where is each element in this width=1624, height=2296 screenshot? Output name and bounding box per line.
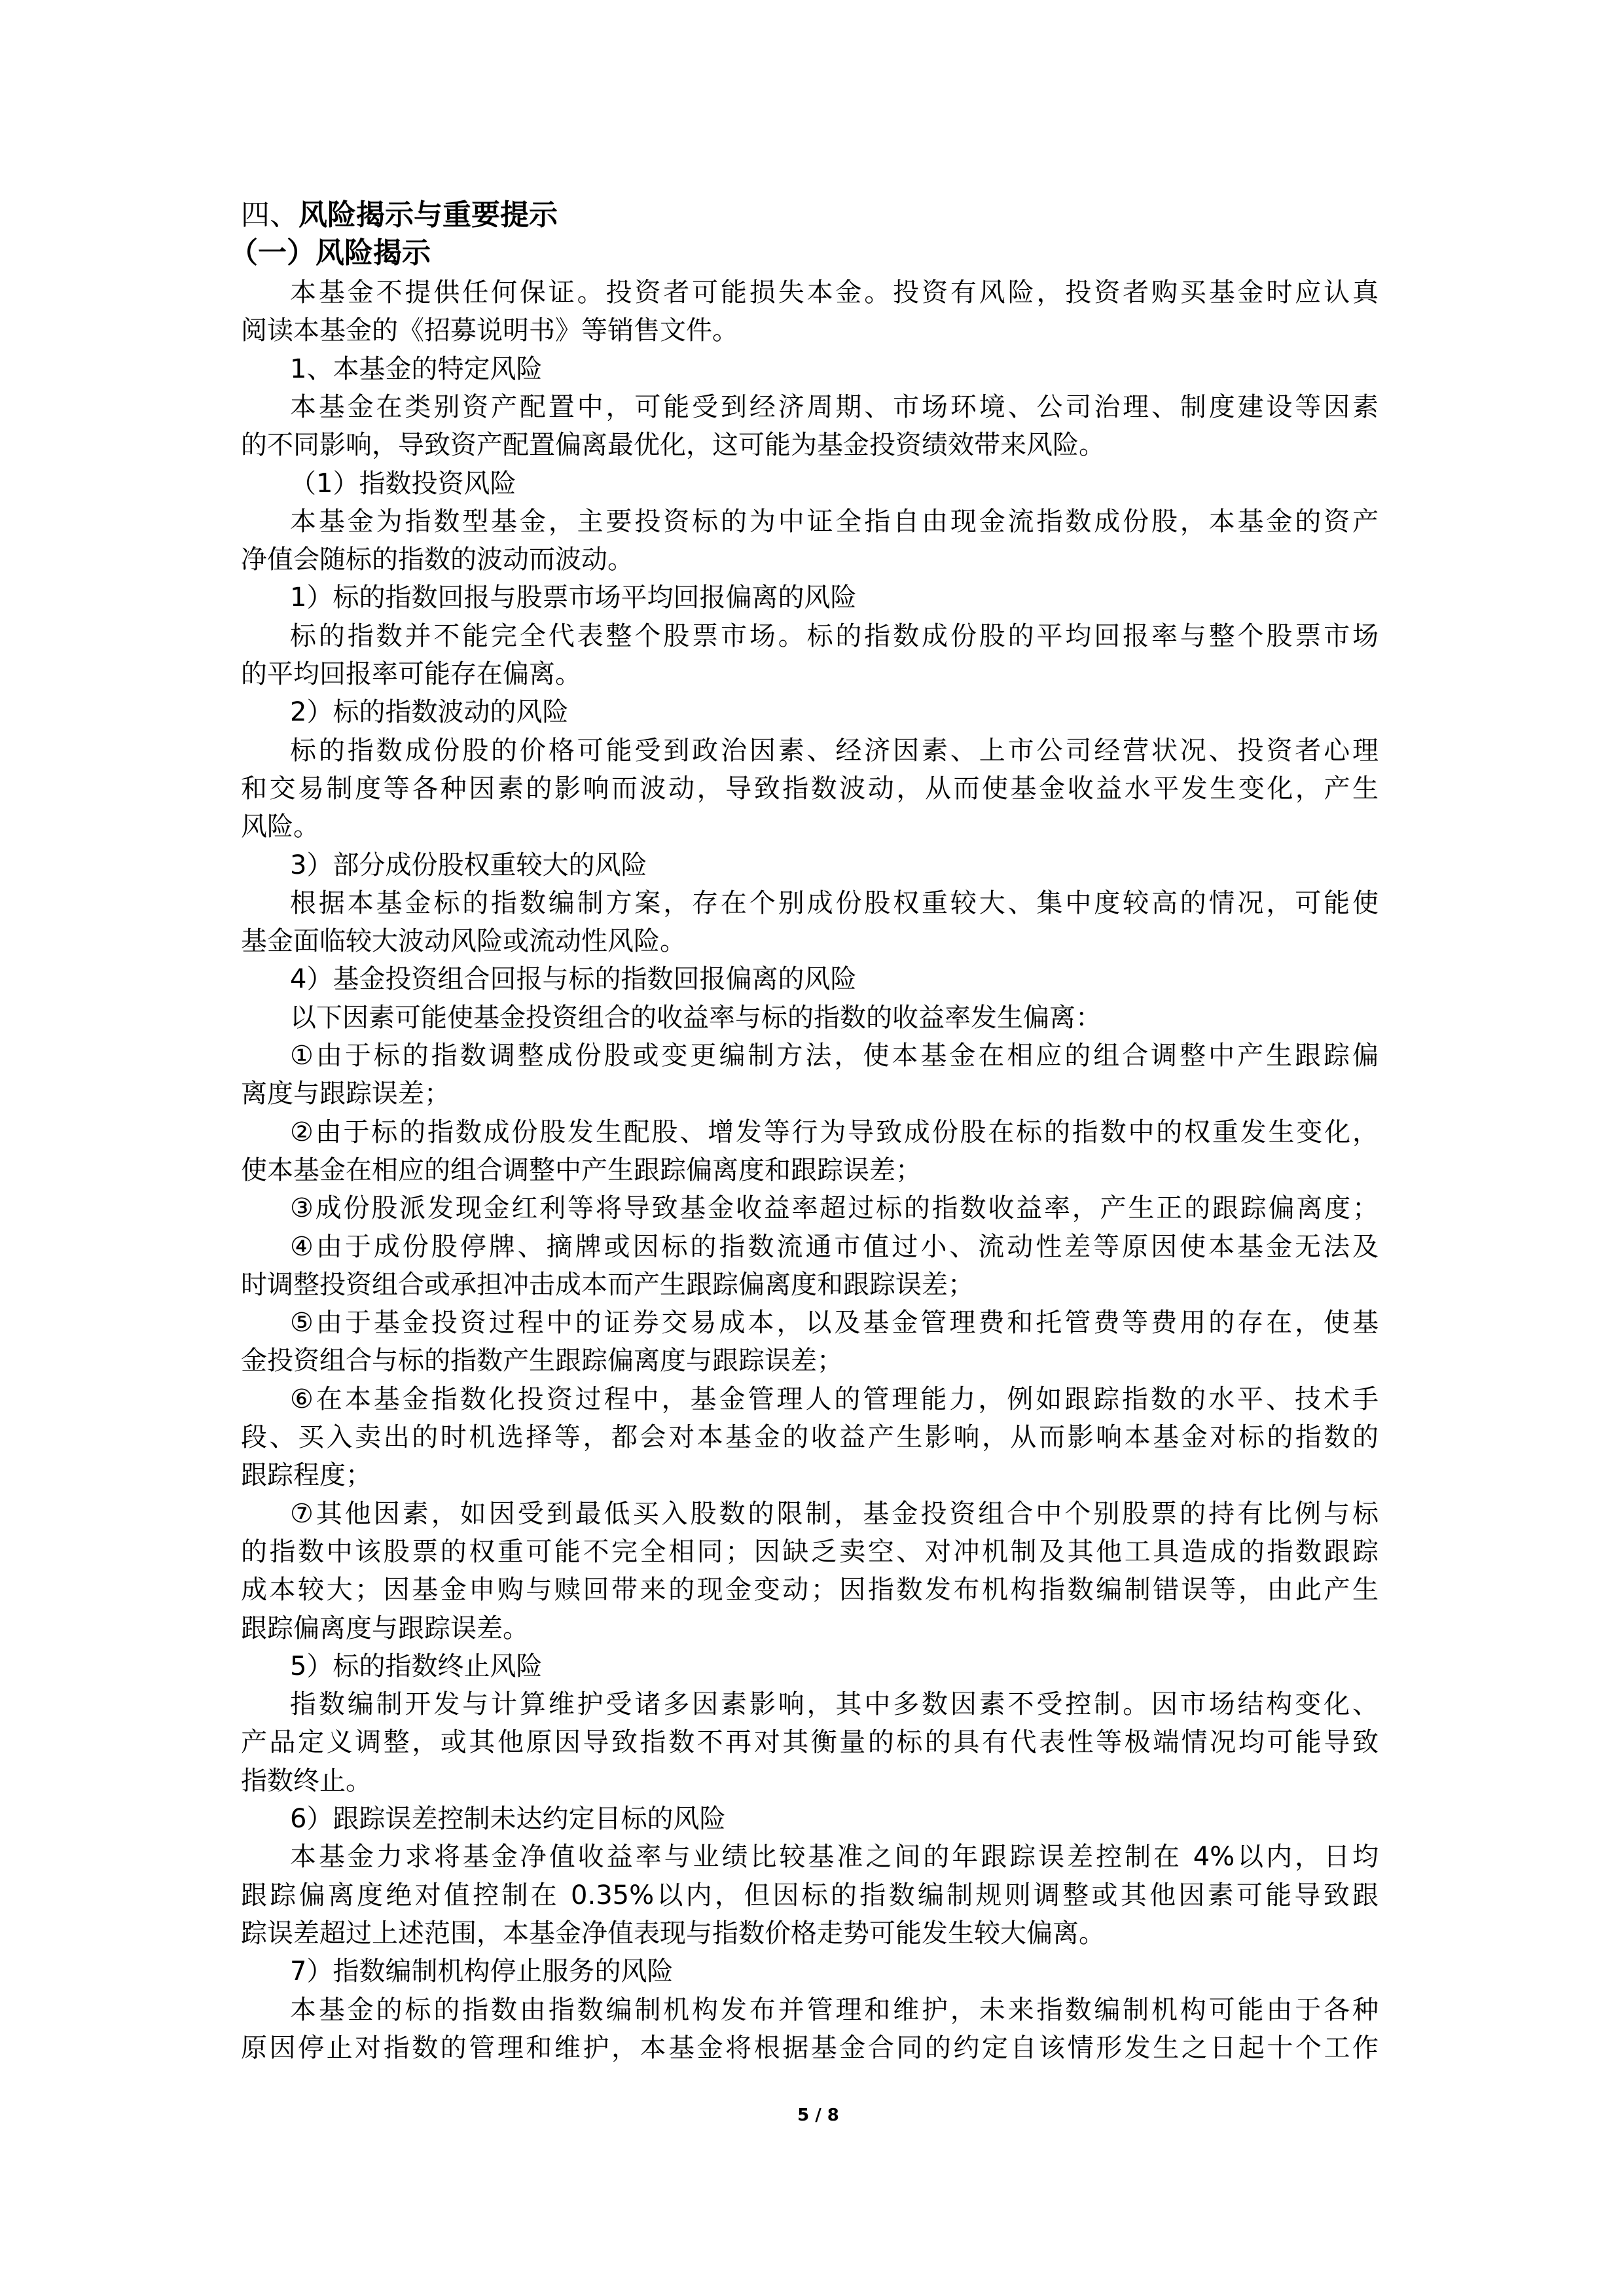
body-line: 时调整投资组合或承担冲击成本而产生跟踪偏离度和跟踪误差； <box>241 1266 974 1304</box>
body-line: 原因停止对指数的管理和维护，本基金将根据基金合同的约定自该情形发生之日起十个工作 <box>241 2029 1379 2067</box>
section-heading-prefix: 四、 <box>241 198 298 232</box>
body-line: 1）标的指数回报与股票市场平均回报偏离的风险 <box>290 579 856 617</box>
body-line: ⑥在本基金指数化投资过程中，基金管理人的管理能力，例如跟踪指数的水平、技术手 <box>290 1380 1379 1418</box>
body-line: 本基金不提供任何保证。投资者可能损失本金。投资有风险，投资者购买基金时应认真 <box>290 274 1379 312</box>
body-line: 5）标的指数终止风险 <box>290 1647 542 1685</box>
body-line: ④由于成份股停牌、摘牌或因标的指数流通市值过小、流动性差等原因使本基金无法及 <box>290 1228 1379 1266</box>
body-line: （1）指数投资风险 <box>290 465 516 503</box>
body-line: 指数编制开发与计算维护受诸多因素影响，其中多数因素不受控制。因市场结构变化、 <box>290 1685 1379 1723</box>
section-heading-title: 风险揭示与重要提示 <box>298 198 558 232</box>
body-line: 净值会随标的指数的波动而波动。 <box>241 541 634 579</box>
body-line: ①由于标的指数调整成份股或变更编制方法，使本基金在相应的组合调整中产生跟踪偏 <box>290 1037 1379 1075</box>
body-line: 3）部分成份股权重较大的风险 <box>290 846 647 884</box>
body-line: 指数终止。 <box>241 1762 372 1800</box>
body-line: 产品定义调整，或其他原因导致指数不再对其衡量的标的具有代表性等极端情况均可能导致 <box>241 1723 1379 1761</box>
body-line: 和交易制度等各种因素的影响而波动，导致指数波动，从而使基金收益水平发生变化，产生 <box>241 770 1379 808</box>
body-line: 成本较大；因基金申购与赎回带来的现金变动；因指数发布机构指数编制错误等，由此产生 <box>241 1571 1379 1609</box>
body-line: 根据本基金标的指数编制方案，存在个别成份股权重较大、集中度较高的情况，可能使 <box>290 884 1379 922</box>
body-line: 2）标的指数波动的风险 <box>290 693 568 731</box>
page-number: 5 / 8 <box>779 2102 857 2128</box>
body-line: ③成份股派发现金红利等将导致基金收益率超过标的指数收益率，产生正的跟踪偏离度； <box>290 1189 1379 1227</box>
body-line: 使本基金在相应的组合调整中产生跟踪偏离度和跟踪误差； <box>241 1151 922 1189</box>
body-line: 的指数中该股票的权重可能不完全相同；因缺乏卖空、对冲机制及其他工具造成的指数跟踪 <box>241 1533 1379 1571</box>
body-line: 标的指数并不能完全代表整个股票市场。标的指数成份股的平均回报率与整个股票市场 <box>290 617 1379 655</box>
body-line: 阅读本基金的《招募说明书》等销售文件。 <box>241 312 738 350</box>
body-line: 1、本基金的特定风险 <box>290 350 542 388</box>
body-line: 4）基金投资组合回报与标的指数回报偏离的风险 <box>290 960 856 998</box>
subsection-heading: （一）风险揭示 <box>229 234 431 272</box>
body-line: ②由于标的指数成份股发生配股、增发等行为导致成份股在标的指数中的权重发生变化， <box>290 1113 1379 1151</box>
body-line: 跟踪程度； <box>241 1456 372 1494</box>
body-line: 标的指数成份股的价格可能受到政治因素、经济因素、上市公司经营状况、投资者心理 <box>290 732 1379 770</box>
body-line: 本基金在类别资产配置中，可能受到经济周期、市场环境、公司治理、制度建设等因素 <box>290 388 1379 426</box>
body-line: ⑤由于基金投资过程中的证券交易成本，以及基金管理费和托管费等费用的存在，使基 <box>290 1304 1379 1342</box>
body-line: 以下因素可能使基金投资组合的收益率与标的指数的收益率发生偏离： <box>290 999 1102 1037</box>
body-line: 7）指数编制机构停止服务的风险 <box>290 1952 673 1990</box>
body-line: 段、买入卖出的时机选择等，都会对本基金的收益产生影响，从而影响本基金对标的指数的 <box>241 1418 1379 1456</box>
body-line: 的不同影响，导致资产配置偏离最优化，这可能为基金投资绩效带来风险。 <box>241 426 1105 464</box>
body-line: 跟踪偏离度绝对值控制在 0.35%以内，但因标的指数编制规则调整或其他因素可能导… <box>241 1876 1379 1914</box>
body-line: 本基金的标的指数由指数编制机构发布并管理和维护，未来指数编制机构可能由于各种 <box>290 1991 1379 2029</box>
body-line: 6）跟踪误差控制未达约定目标的风险 <box>290 1800 725 1838</box>
body-line: 离度与跟踪误差； <box>241 1075 450 1113</box>
section-heading: 四、风险揭示与重要提示 <box>241 196 558 234</box>
body-line: 的平均回报率可能存在偏离。 <box>241 655 581 693</box>
document-page: 四、风险揭示与重要提示 （一）风险揭示 本基金不提供任何保证。投资者可能损失本金… <box>0 0 1624 2296</box>
body-line: 金投资组合与标的指数产生跟踪偏离度与跟踪误差； <box>241 1342 843 1380</box>
body-line: 本基金为指数型基金，主要投资标的为中证全指自由现金流指数成份股，本基金的资产 <box>290 503 1379 541</box>
body-line: 本基金力求将基金净值收益率与业绩比较基准之间的年跟踪误差控制在 4%以内，日均 <box>290 1838 1379 1876</box>
body-line: ⑦其他因素，如因受到最低买入股数的限制，基金投资组合中个别股票的持有比例与标 <box>290 1495 1379 1533</box>
body-line: 基金面临较大波动风险或流动性风险。 <box>241 922 686 960</box>
body-line: 踪误差超过上述范围，本基金净值表现与指数价格走势可能发生较大偏离。 <box>241 1914 1105 1952</box>
body-line: 跟踪偏离度与跟踪误差。 <box>241 1609 529 1647</box>
body-line: 风险。 <box>241 808 319 846</box>
